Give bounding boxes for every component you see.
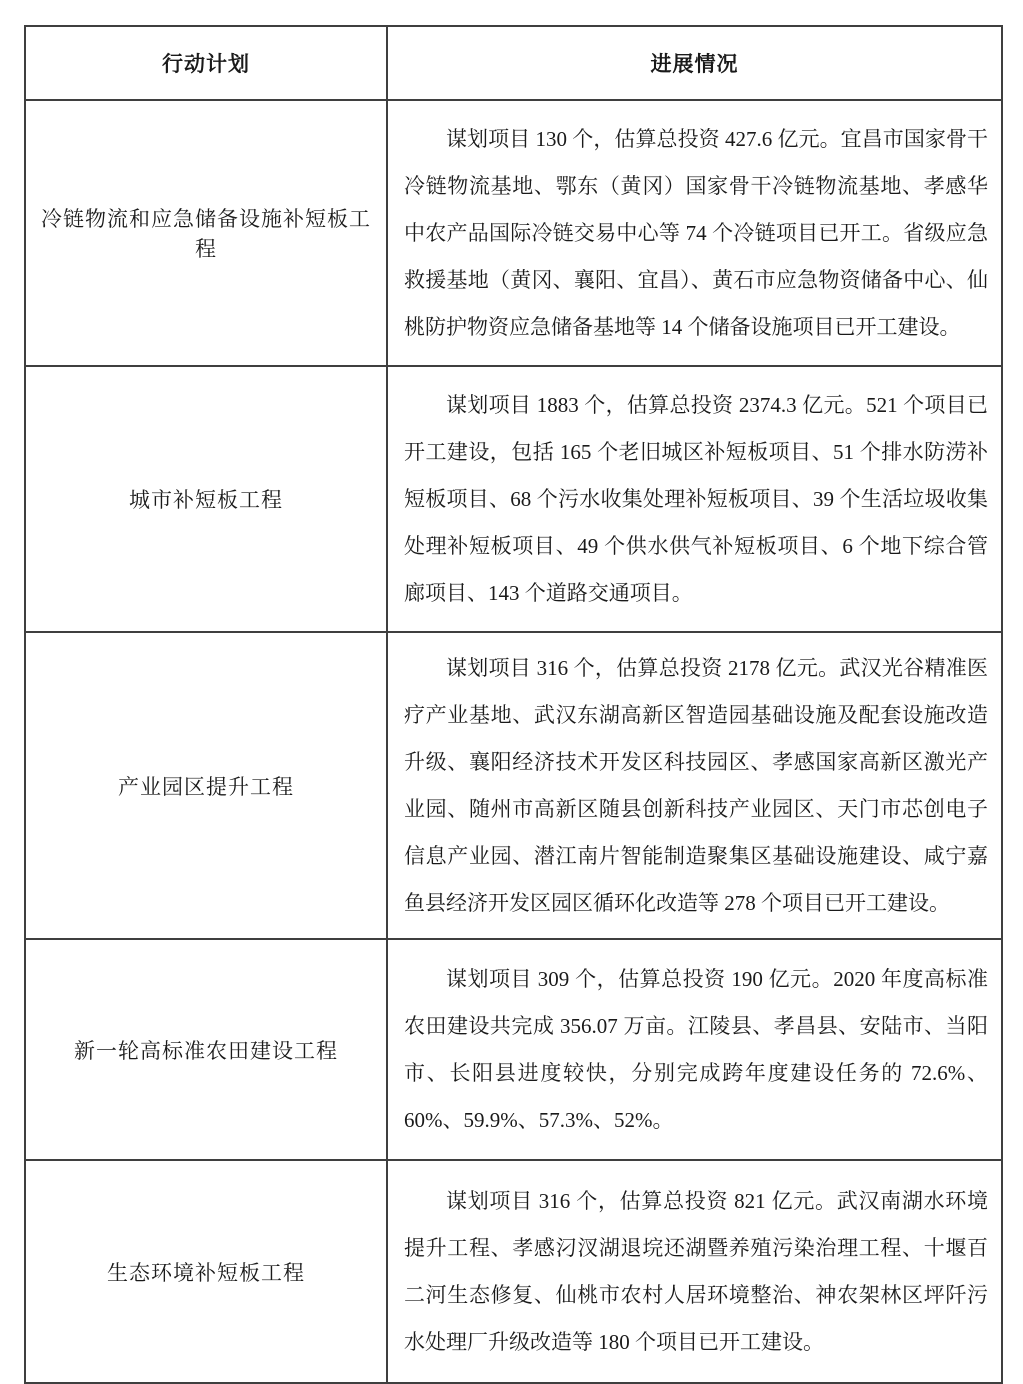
column-header-progress: 进展情况 [387,26,1002,100]
plan-cell: 生态环境补短板工程 [25,1160,387,1383]
progress-paragraph: 谋划项目 309 个，估算总投资 190 亿元。2020 年度高标准农田建设共完… [404,956,988,1144]
table-header-row: 行动计划 进展情况 [25,26,1002,100]
column-header-action-plan: 行动计划 [25,26,387,100]
plan-cell: 城市补短板工程 [25,366,387,632]
table-row: 产业园区提升工程 谋划项目 316 个，估算总投资 2178 亿元。武汉光谷精准… [25,632,1002,939]
progress-cell: 谋划项目 316 个，估算总投资 2178 亿元。武汉光谷精准医疗产业基地、武汉… [387,632,1002,939]
table-row: 冷链物流和应急储备设施补短板工程 谋划项目 130 个，估算总投资 427.6 … [25,100,1002,366]
progress-paragraph: 谋划项目 130 个，估算总投资 427.6 亿元。宜昌市国家骨干冷链物流基地、… [404,116,988,351]
progress-paragraph: 谋划项目 316 个，估算总投资 821 亿元。武汉南湖水环境提升工程、孝感汈汊… [404,1178,988,1366]
table-row: 新一轮高标准农田建设工程 谋划项目 309 个，估算总投资 190 亿元。202… [25,939,1002,1160]
plan-cell: 产业园区提升工程 [25,632,387,939]
plan-cell: 新一轮高标准农田建设工程 [25,939,387,1160]
table-row: 生态环境补短板工程 谋划项目 316 个，估算总投资 821 亿元。武汉南湖水环… [25,1160,1002,1383]
progress-cell: 谋划项目 316 个，估算总投资 821 亿元。武汉南湖水环境提升工程、孝感汈汊… [387,1160,1002,1383]
table-row: 城市补短板工程 谋划项目 1883 个，估算总投资 2374.3 亿元。521 … [25,366,1002,632]
progress-paragraph: 谋划项目 316 个，估算总投资 2178 亿元。武汉光谷精准医疗产业基地、武汉… [404,645,988,927]
plan-cell: 冷链物流和应急储备设施补短板工程 [25,100,387,366]
progress-cell: 谋划项目 309 个，估算总投资 190 亿元。2020 年度高标准农田建设共完… [387,939,1002,1160]
progress-cell: 谋划项目 130 个，估算总投资 427.6 亿元。宜昌市国家骨干冷链物流基地、… [387,100,1002,366]
progress-cell: 谋划项目 1883 个，估算总投资 2374.3 亿元。521 个项目已开工建设… [387,366,1002,632]
progress-table: 行动计划 进展情况 冷链物流和应急储备设施补短板工程 谋划项目 130 个，估算… [24,25,1003,1384]
progress-paragraph: 谋划项目 1883 个，估算总投资 2374.3 亿元。521 个项目已开工建设… [404,382,988,617]
